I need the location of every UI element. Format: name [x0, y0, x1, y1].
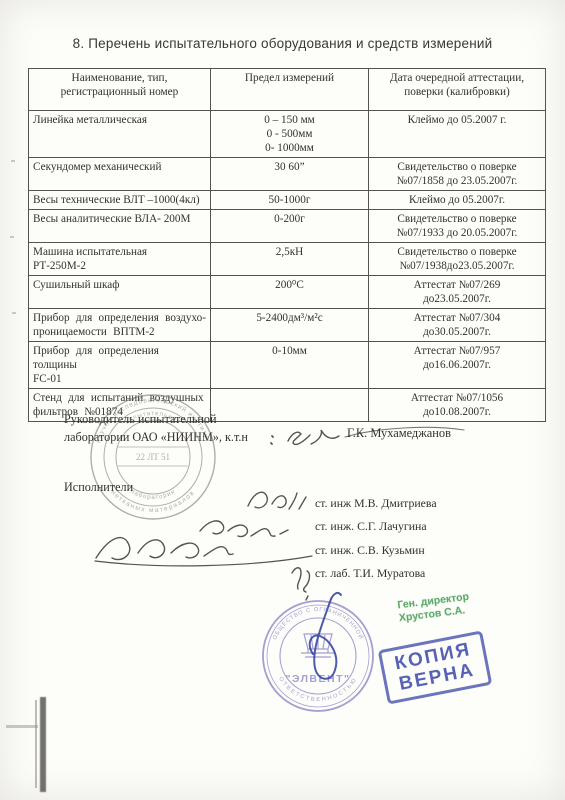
- elvent-overlay-signature: [310, 593, 341, 679]
- executor-signature: [292, 568, 309, 600]
- cell-range: 30 60”: [211, 158, 369, 191]
- elvent-emblem-icon: [301, 634, 335, 657]
- executor-signature: [248, 492, 306, 509]
- cell-name: Секундомер механический: [29, 158, 211, 191]
- equipment-table: Наименование, тип, регистрационный номер…: [28, 68, 546, 422]
- head-role-text: Руководитель испытательной лаборатории О…: [64, 410, 248, 446]
- head-name-text: Г.К. Мухамеджанов: [347, 426, 451, 441]
- svg-text:ОБЩЕСТВО С ОГРАНИЧЕННОЙ: ОБЩЕСТВО С ОГРАНИЧЕННОЙ: [272, 607, 366, 641]
- cell-name: Прибор для определения воздухо- проницае…: [29, 309, 211, 342]
- table-header-row: Наименование, тип, регистрационный номер…: [29, 69, 546, 111]
- cell-range: 5-2400дм³/м²с: [211, 309, 369, 342]
- cell-range: 200⁰С: [211, 276, 369, 309]
- cell-date: Свидетельство о поверке №07/1933 до 20.0…: [369, 210, 546, 243]
- cell-name: Весы аналитические ВЛА- 200М: [29, 210, 211, 243]
- table-row: Прибор для определения толщины FC-01 0-1…: [29, 342, 546, 389]
- scan-artifact: [35, 700, 37, 788]
- cell-date: Аттестат №07/957 до16.06.2007г.: [369, 342, 546, 389]
- scan-artifact: [10, 236, 14, 238]
- column-header-range: Предел измерений: [211, 69, 369, 111]
- copy-verna-stamp: КОПИЯ ВЕРНА: [378, 630, 493, 704]
- table-row: Прибор для определения воздухо- проницае…: [29, 309, 546, 342]
- svg-text:ОТВЕТСТВЕННОСТЬЮ: ОТВЕТСТВЕННОСТЬЮ: [277, 676, 359, 703]
- stamp-ring-text: ОТВЕТСТВЕННОСТЬЮ: [277, 676, 359, 703]
- table-row: Весы аналитические ВЛА- 200М 0-200г Свид…: [29, 210, 546, 243]
- executors-list: ст. инж М.В. Дмитриева ст. инж. С.Г. Лач…: [315, 492, 437, 586]
- scan-artifact: [12, 312, 16, 314]
- table-row: Сушильный шкаф 200⁰С Аттестат №07/269 до…: [29, 276, 546, 309]
- elvent-round-stamp-icon: ОБЩЕСТВО С ОГРАНИЧЕННОЙ ОТВЕТСТВЕННОСТЬЮ…: [263, 601, 373, 711]
- executor-signature: [200, 521, 288, 537]
- cell-range: 0 – 150 мм 0 - 500мм 0- 1000мм: [211, 111, 369, 158]
- stamp-ring-text: лаборатория: [129, 488, 177, 501]
- scan-artifact: [11, 160, 15, 162]
- table-row: Линейка металлическая 0 – 150 мм 0 - 500…: [29, 111, 546, 158]
- elvent-stamp-name: "ЭЛВЕНТ": [286, 673, 351, 685]
- stamp-ring-text: ОБЩЕСТВО С ОГРАНИЧЕННОЙ: [272, 607, 366, 641]
- cell-range: 0-200г: [211, 210, 369, 243]
- scanned-document-page: 8. Перечень испытательного оборудования …: [0, 0, 565, 800]
- cell-range: 2,5кН: [211, 243, 369, 276]
- column-header-name: Наименование, тип, регистрационный номер: [29, 69, 211, 111]
- cell-date: Свидетельство о поверке №07/1858 до 23.0…: [369, 158, 546, 191]
- table-row: Секундомер механический 30 60” Свидетель…: [29, 158, 546, 191]
- cell-name: Линейка металлическая: [29, 111, 211, 158]
- svg-text:лаборатория: лаборатория: [129, 488, 177, 501]
- cell-name: Весы технические ВЛТ –1000(4кл): [29, 191, 211, 210]
- gen-director-stamp: Ген. директор Хрустов С.А.: [397, 591, 471, 625]
- executors-label: Исполнители: [64, 480, 133, 495]
- executor-signature: [95, 538, 312, 566]
- table-row: Весы технические ВЛТ –1000(4кл) 50-1000г…: [29, 191, 546, 210]
- cell-date: Аттестат №07/1056 до10.08.2007г.: [369, 389, 546, 422]
- cell-date: Клеймо до 05.2007 г.: [369, 111, 546, 158]
- cell-date: Аттестат №07/269 до23.05.2007г.: [369, 276, 546, 309]
- cell-date: Свидетельство о поверке №07/1938до23.05.…: [369, 243, 546, 276]
- document-title: 8. Перечень испытательного оборудования …: [0, 36, 565, 51]
- stamp-center-code: 22 ЛТ 51: [136, 452, 170, 462]
- column-header-date: Дата очередной аттестации, поверки (кали…: [369, 69, 546, 111]
- cell-range: 50-1000г: [211, 191, 369, 210]
- cell-date: Клеймо до 05.2007г.: [369, 191, 546, 210]
- scan-artifact: [40, 697, 46, 792]
- table-row: Машина испытательная РТ-250М-2 2,5кН Сви…: [29, 243, 546, 276]
- cell-name: Сушильный шкаф: [29, 276, 211, 309]
- cell-name: Машина испытательная РТ-250М-2: [29, 243, 211, 276]
- scan-artifact: [6, 725, 38, 728]
- cell-name: Прибор для определения толщины FC-01: [29, 342, 211, 389]
- cell-date: Аттестат №07/304 до30.05.2007г.: [369, 309, 546, 342]
- cell-range: 0-10мм: [211, 342, 369, 389]
